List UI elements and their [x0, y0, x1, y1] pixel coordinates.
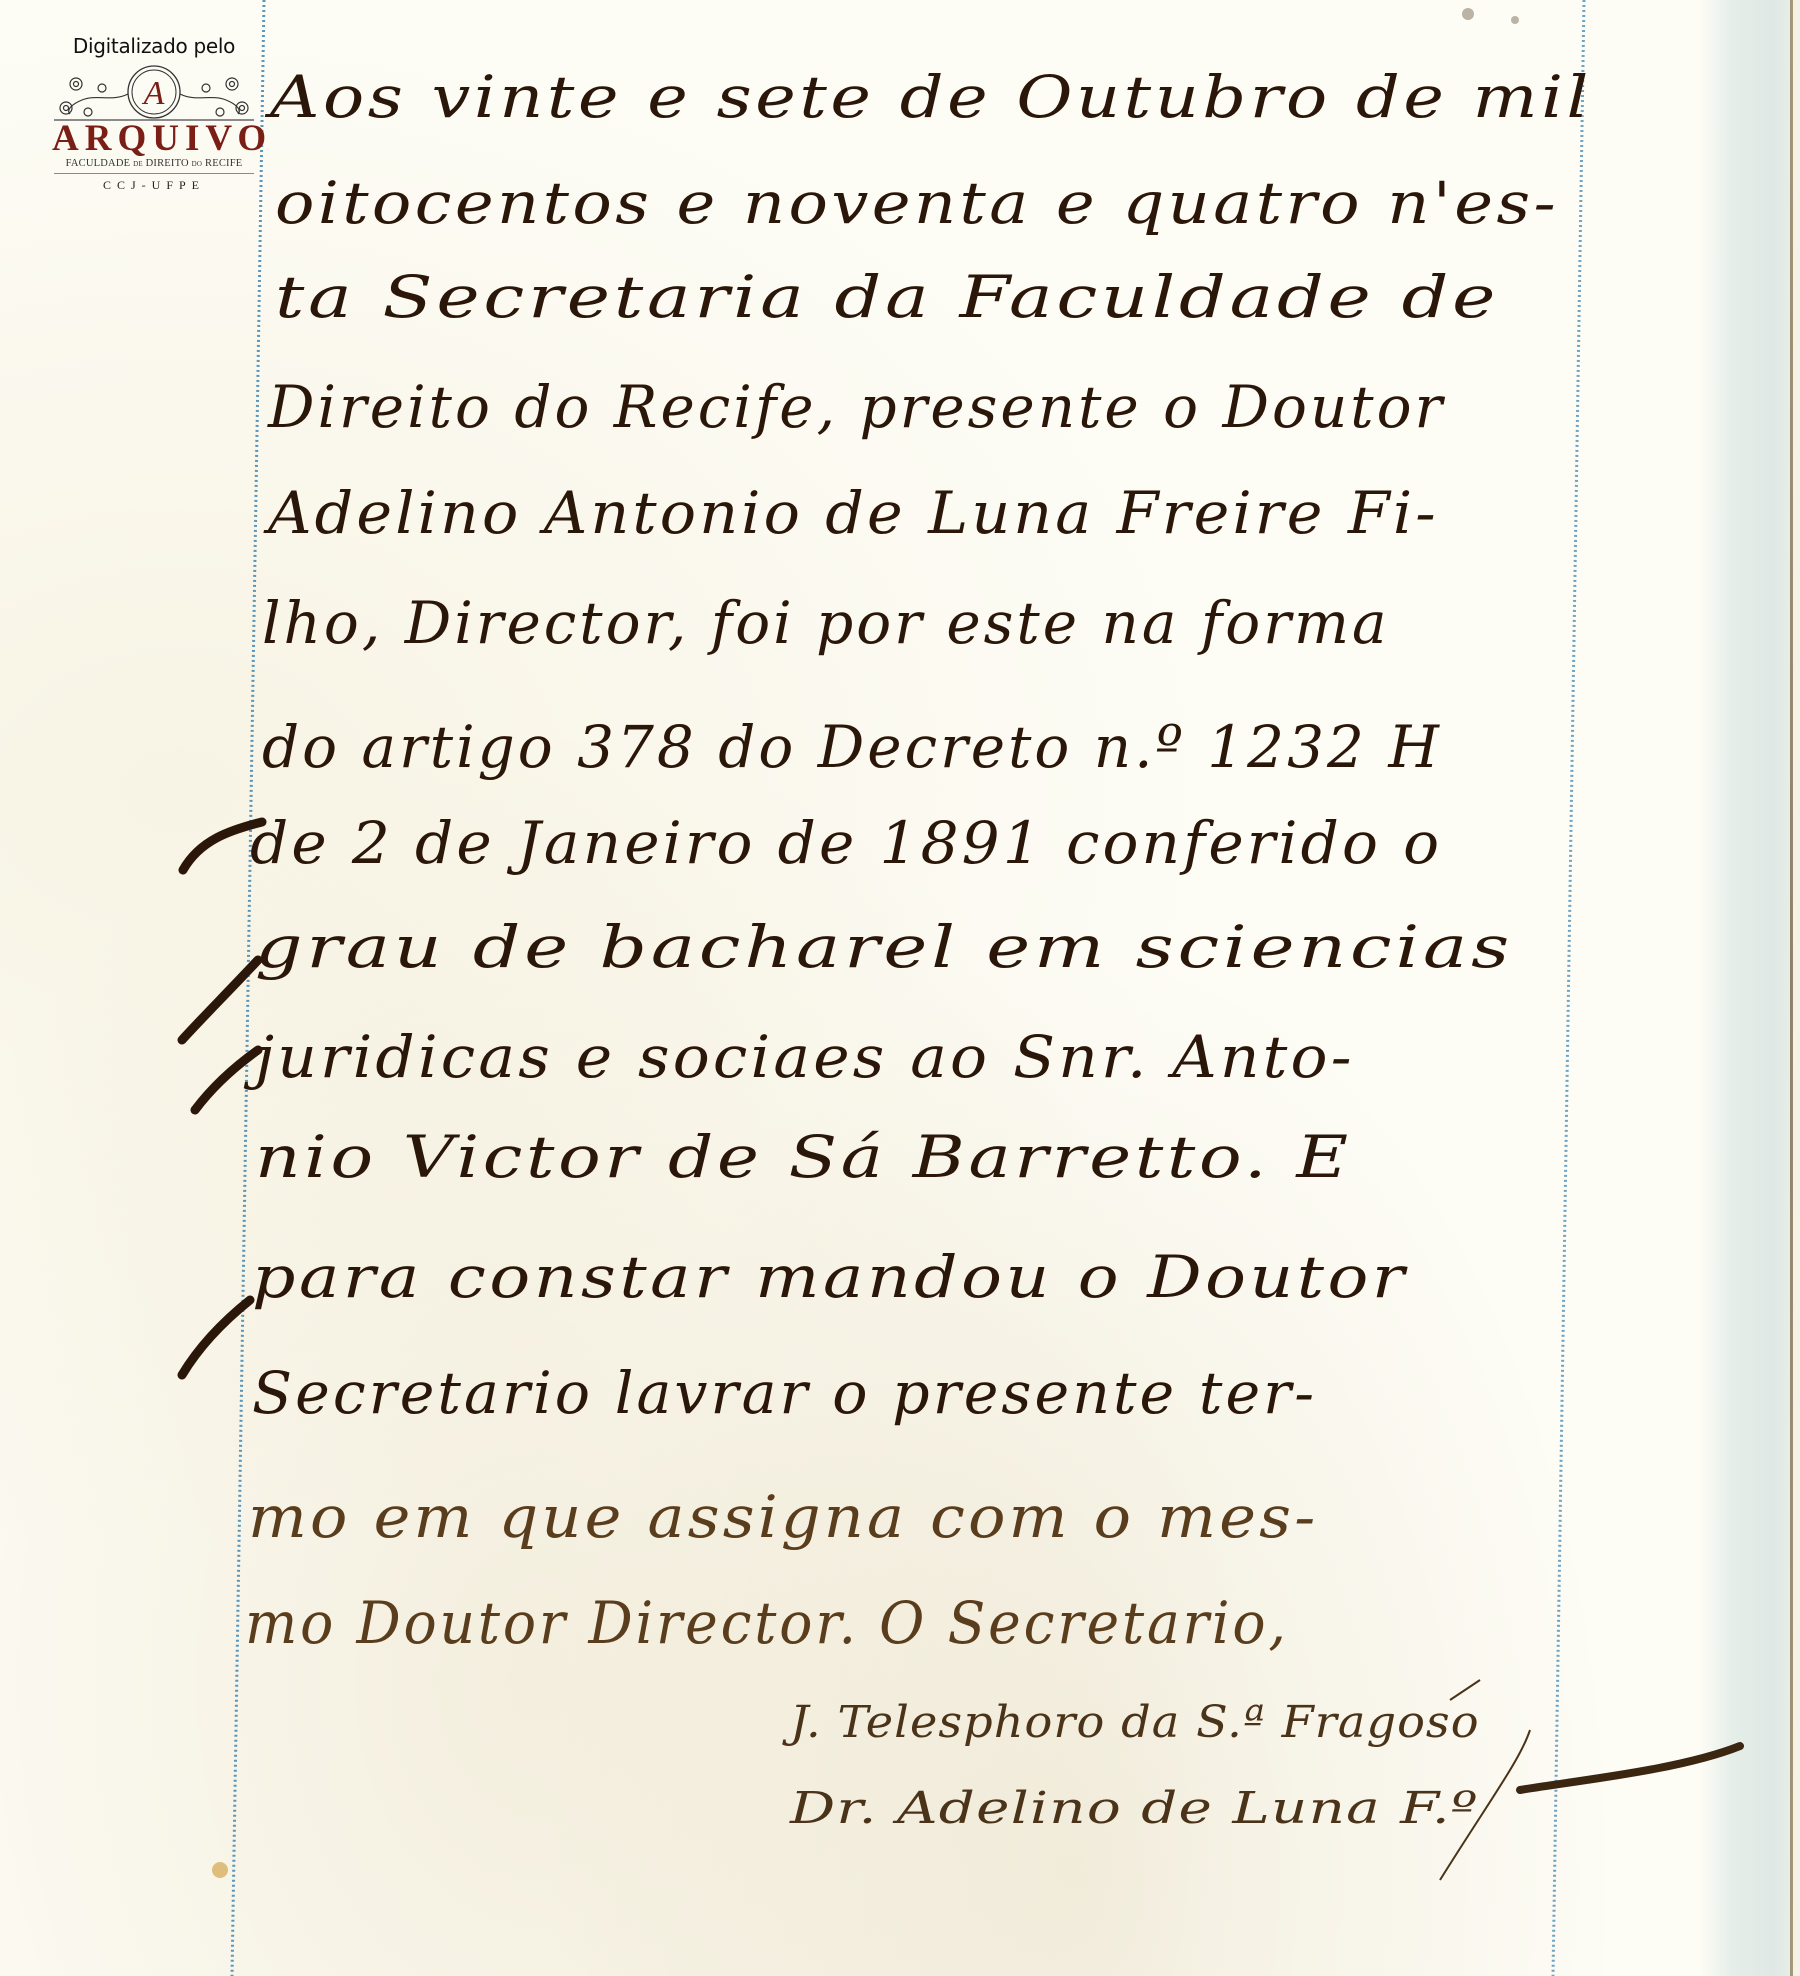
- logo-rule: [54, 173, 254, 174]
- signature-secretary: J. Telesphoro da S.ª Fragoso: [790, 1688, 1480, 1758]
- manuscript-line: para constar mandou o Doutor: [252, 1242, 1408, 1312]
- ink-stain: [1462, 8, 1474, 20]
- arquivo-logo: Digitalizado pelo A ARQUIVO FACULDADE DE…: [52, 30, 256, 200]
- right-margin-line: [1553, 0, 1584, 1976]
- logo-subtitle: FACULDADE DE DIREITO DO RECIFE: [52, 158, 256, 170]
- manuscript-line: mo em que assigna com o mes-: [248, 1482, 1318, 1552]
- logo-caption: Digitalizado pelo: [52, 34, 256, 58]
- manuscript-line: do artigo 378 do Decreto n.º 1232 H: [262, 712, 1442, 782]
- manuscript-line: Aos vinte e sete de Outubro de mil: [270, 62, 1592, 132]
- logo-name: ARQUIVO: [52, 121, 256, 157]
- emblem-letter: A: [142, 75, 165, 112]
- signature-flourish: [1520, 1746, 1740, 1790]
- margin-flourish: [182, 1300, 250, 1375]
- manuscript-line: ta Secretaria da Faculdade de: [275, 262, 1499, 332]
- manuscript-line: grau de bacharel em sciencias: [255, 912, 1513, 982]
- manuscript-line: Secretario lavrar o presente ter-: [252, 1358, 1317, 1428]
- manuscript-line: Adelino Antonio de Luna Freire Fi-: [268, 478, 1439, 548]
- manuscript-line: juridicas e sociaes ao Snr. Anto-: [255, 1022, 1355, 1092]
- ink-stain: [212, 1862, 228, 1878]
- manuscript-line: lho, Director, foi por este na forma: [262, 588, 1390, 658]
- signature-director: Dr. Adelino de Luna F.º: [790, 1774, 1479, 1844]
- manuscript-line: Direito do Recife, presente o Doutor: [268, 372, 1445, 442]
- emblem-icon: A: [52, 64, 256, 120]
- logo-institution: CCJ-UFPE: [52, 178, 256, 192]
- manuscript-line: oitocentos e noventa e quatro n'es-: [275, 168, 1559, 238]
- manuscript-line: mo Doutor Director. O Secretario,: [245, 1588, 1289, 1658]
- ink-stain: [1511, 16, 1519, 24]
- manuscript-line: nio Victor de Sá Barretto. E: [255, 1122, 1352, 1192]
- margin-flourish: [195, 1050, 258, 1110]
- manuscript-line: de 2 de Janeiro de 1891 conferido o: [250, 808, 1442, 878]
